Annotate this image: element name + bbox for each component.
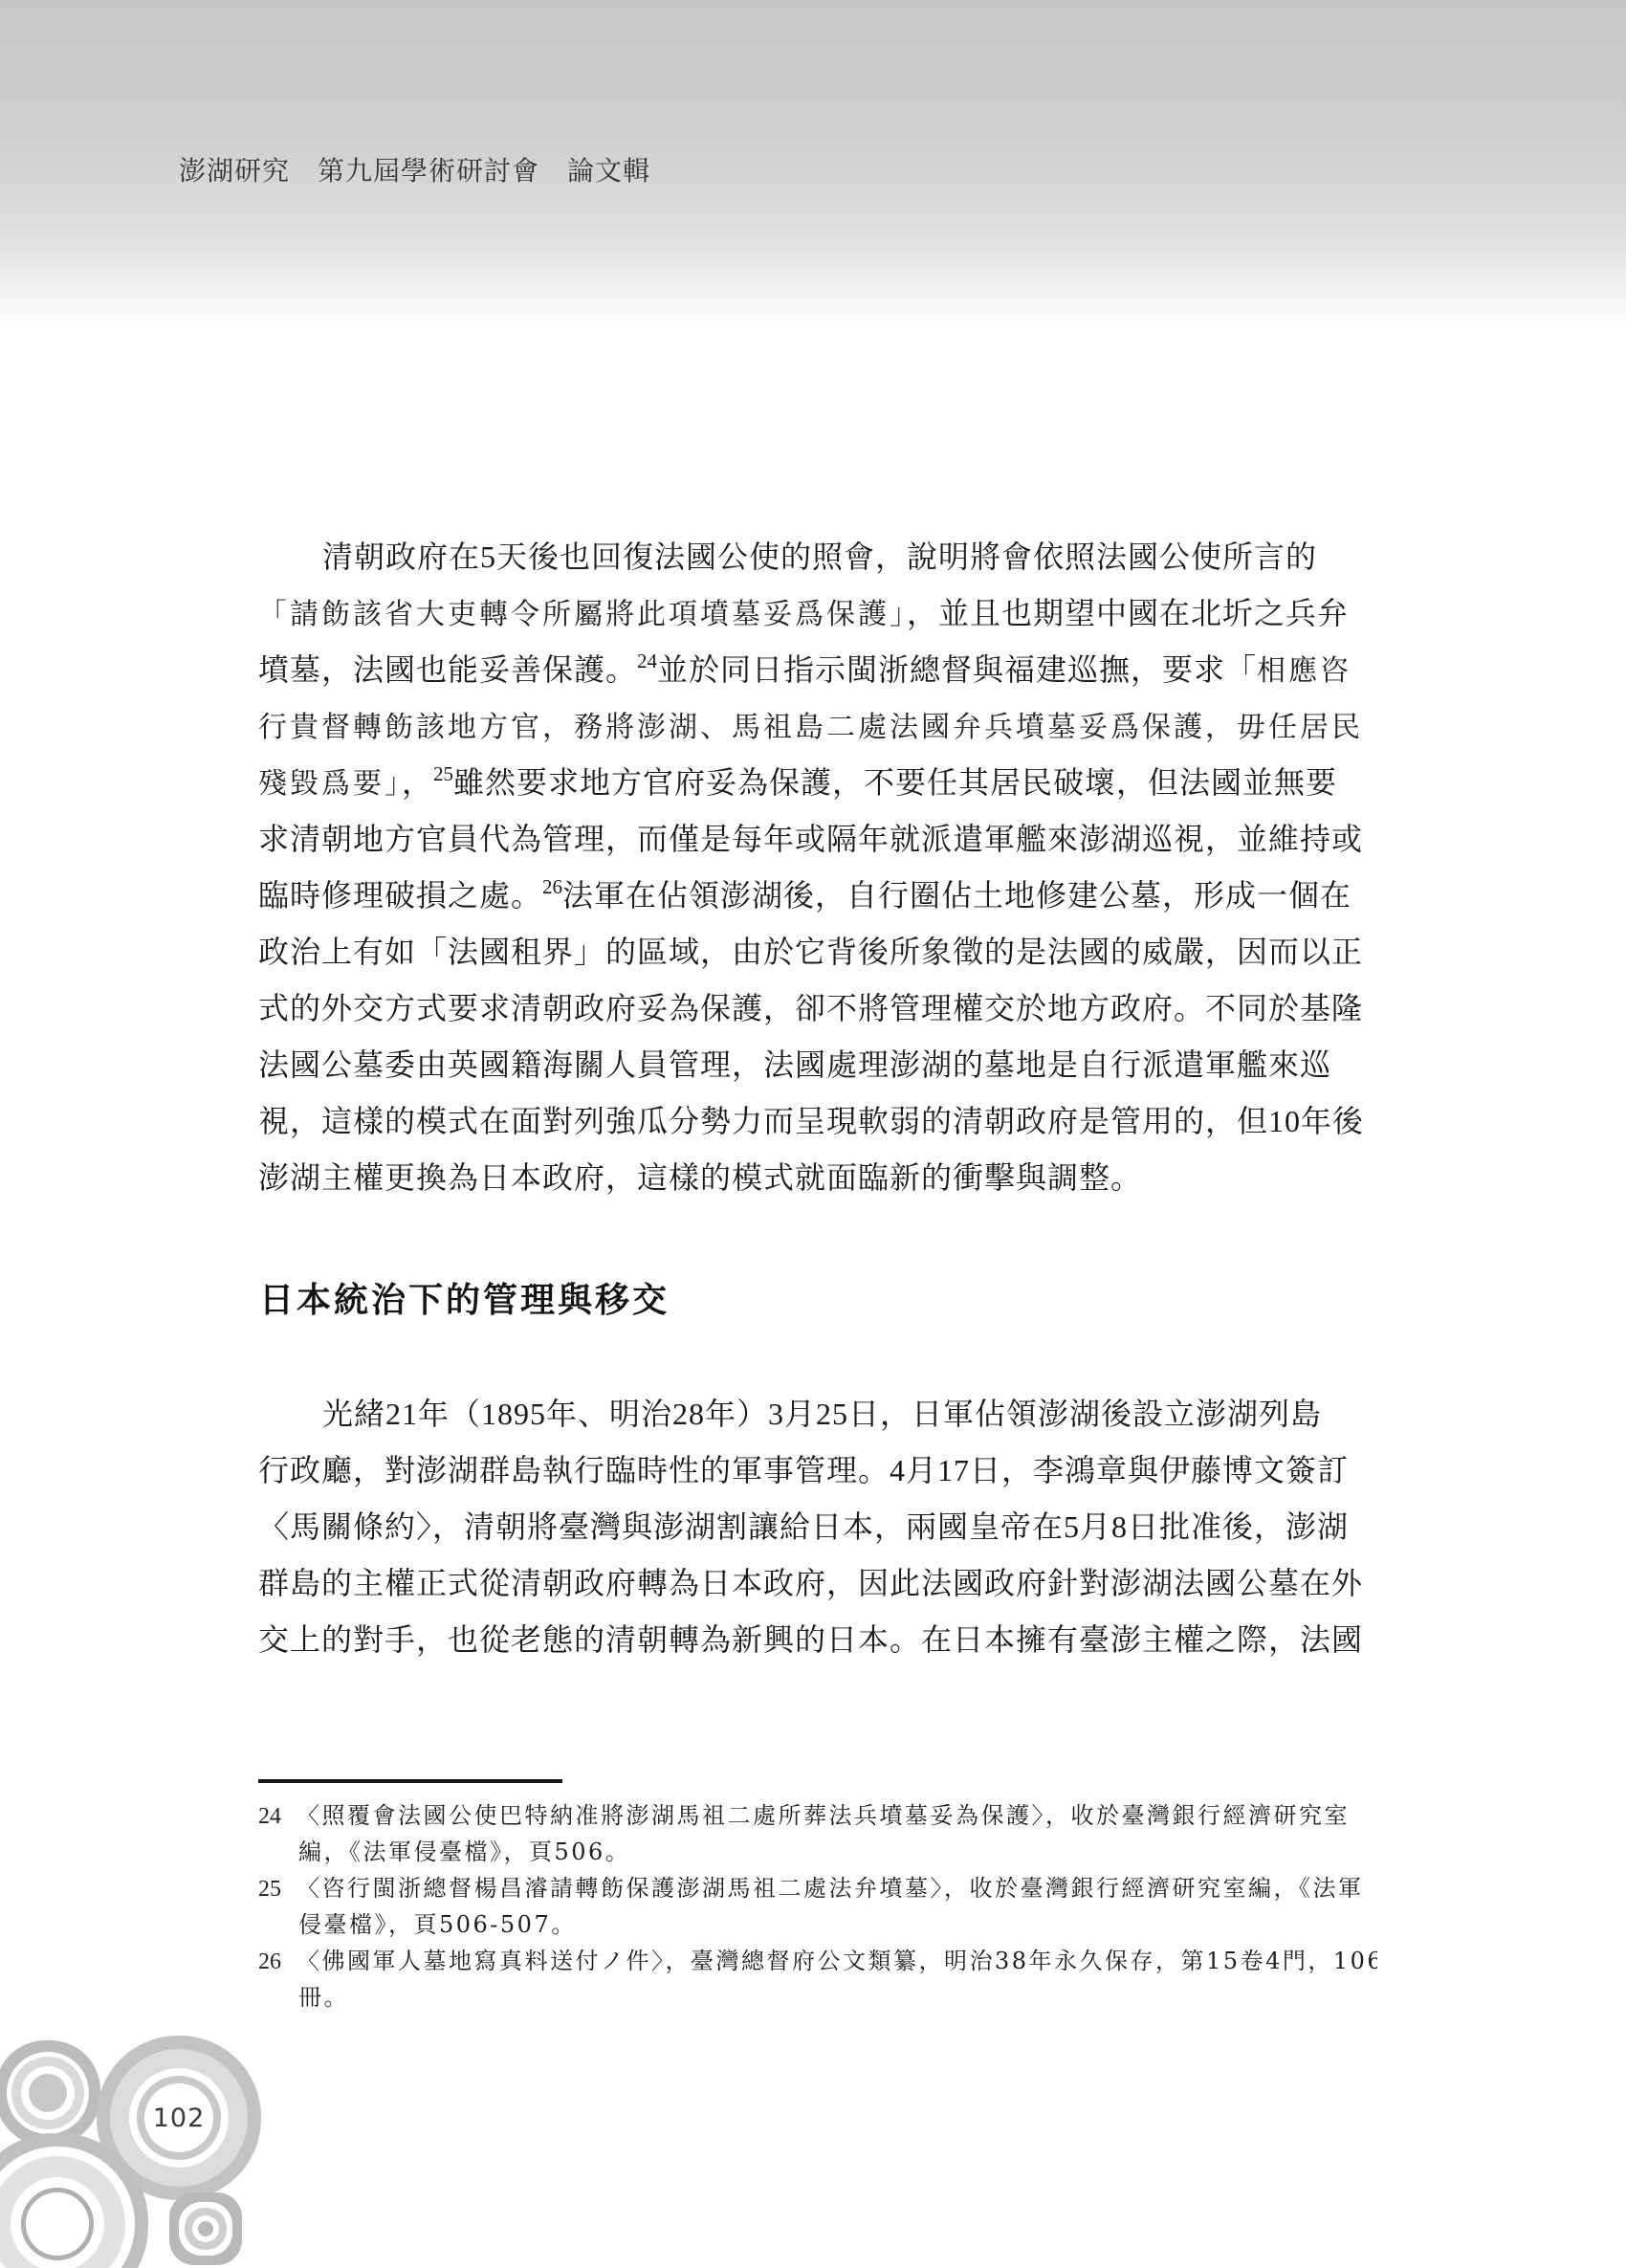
- body-text: 求清朝地方官員代為管理，而僅是每年或隔年就派遣軍艦來澎湖巡視，並維持或: [258, 822, 1363, 856]
- footnote-text: 侵臺檔》，頁506-507。: [298, 1911, 577, 1938]
- footnote-25-line-2: 侵臺檔》，頁506-507。: [298, 1906, 1377, 1943]
- para1-line-10: 法國公墓委由英國籍海關人員管理，法國處理澎湖的墓地是自行派遣軍艦來巡: [258, 1036, 1373, 1093]
- para1-line-8: 政治上有如「法國租界」的區域，由於它背後所象徵的是法國的威嚴，因而以正: [258, 923, 1373, 980]
- body-text: 法國公墓委由英國籍海關人員管理，法國處理澎湖的墓地是自行派遣軍艦來巡: [258, 1047, 1331, 1082]
- body-text: 墳墓，法國也能妥善保護。: [258, 652, 637, 687]
- quote-kai-segment: 「請飭該省大吏轉令所屬將此項墳墓妥爲保護」: [258, 598, 907, 631]
- para1-line-2: 「請飭該省大吏轉令所屬將此項墳墓妥爲保護」，並且也期望中國在北圻之兵弁: [258, 584, 1373, 642]
- footnote-text: 冊。: [298, 1984, 349, 2011]
- body-text: ，並且也期望中國在北圻之兵弁: [907, 596, 1349, 630]
- para1-line-1: 清朝政府在5天後也回復法國公使的照會，說明將會依照法國公使所言的: [322, 528, 1373, 585]
- para2-line-4: 群島的主權正式從清朝政府轉為日本政府，因此法國政府針對澎湖法國公墓在外: [258, 1554, 1373, 1612]
- footnote-number: 24: [258, 1798, 297, 1834]
- body-text: 交上的對手，也從老態的清朝轉為新興的日本。在日本擁有臺澎主權之際，法國: [258, 1622, 1363, 1657]
- body-text: 〈馬關條約〉，清朝將臺灣與澎湖割讓給日本，兩國皇帝在5月8日批准後，澎湖: [258, 1509, 1349, 1544]
- body-text: 雖然要求地方官府妥為保護，不要任其居民破壞，但法國並無要: [453, 765, 1337, 800]
- page-number-circle: 102: [144, 2083, 213, 2152]
- para1-line-12: 澎湖主權更換為日本政府，這樣的模式就面臨新的衝擊與調整。: [258, 1149, 1373, 1206]
- footnote-number: 25: [258, 1871, 297, 1906]
- body-text: 臨時修理破損之處。: [258, 878, 542, 913]
- para1-line-4: 行貴督轉飭該地方官，務將澎湖、馬祖島二處法國弁兵墳墓妥爲保護，毋任居民: [258, 697, 1373, 755]
- para2-line-1: 光緒21年（1895年、明治28年）3月25日，日軍佔領澎湖後設立澎湖列島: [322, 1385, 1373, 1442]
- body-text: 政治上有如「法國租界」的區域，由於它背後所象徵的是法國的威嚴，因而以正: [258, 935, 1363, 969]
- quote-kai-segment: 殘毀爲要」: [258, 767, 402, 801]
- footnote-26-line-2: 冊。: [298, 1979, 1377, 2015]
- footnote-ref-26: 26: [542, 875, 562, 898]
- para1-line-6: 求清朝地方官員代為管理，而僅是每年或隔年就派遣軍艦來澎湖巡視，並維持或: [258, 810, 1373, 868]
- page-number: 102: [153, 2103, 206, 2133]
- scanned-paper-page: 澎湖研究 第九屆學術研討會 論文輯 清朝政府在5天後也回復法國公使的照會，說明將…: [0, 0, 1626, 2268]
- quote-kai-segment: 行貴督轉飭該地方官，務將澎湖、馬祖島二處法國弁兵墳墓妥爲保護，毋任居民: [258, 711, 1363, 744]
- footnote-25-line-1: 25〈咨行閩浙總督楊昌濬請轉飭保護澎湖馬祖二處法弁墳墓〉，收於臺灣銀行經濟研究室…: [258, 1870, 1377, 1906]
- footnote-ref-25: 25: [433, 762, 453, 785]
- footnote-number: 26: [258, 1944, 297, 1979]
- para1-line-3: 墳墓，法國也能妥善保護。24並於同日指示閩浙總督與福建巡撫，要求「相應咨: [258, 641, 1373, 698]
- para1-line-5: 殘毀爲要」，25雖然要求地方官府妥為保護，不要任其居民破壞，但法國並無要: [258, 754, 1373, 811]
- body-text: 清朝政府在5天後也回復法國公使的照會，說明將會依照法國公使所言的: [322, 539, 1317, 574]
- decorative-circle-small-dot: [198, 2221, 213, 2236]
- para2-line-2: 行政廳，對澎湖群島執行臨時性的軍事管理。4月17日，李鴻章與伊藤博文簽訂: [258, 1442, 1373, 1499]
- body-text: 並於同日指示閩浙總督與福建巡撫，要求「: [657, 652, 1257, 687]
- para1-line-9: 式的外交方式要求清朝政府妥為保護，卻不將管理權交於地方政府。不同於基隆: [258, 980, 1373, 1037]
- footnote-24-line-1: 24〈照覆會法國公使巴特納准將澎湖馬祖二處所葬法兵墳墓妥為保護〉，收於臺灣銀行經…: [258, 1797, 1377, 1834]
- footnote-ref-24: 24: [637, 650, 657, 672]
- para1-line-7: 臨時修理破損之處。26法軍在佔領澎湖後，自行圈佔土地修建公墓，形成一個在: [258, 867, 1373, 924]
- footnote-separator-rule: [258, 1779, 562, 1783]
- decorative-circle-bottom-left: [21, 2188, 94, 2260]
- footnote-text: 〈佛國軍人墓地寫真料送付ノ件〉，臺灣總督府公文類纂，明治38年永久保存，第15卷…: [297, 1948, 1377, 1974]
- body-text: ，: [402, 765, 433, 800]
- body-text: 式的外交方式要求清朝政府妥為保護，卻不將管理權交於地方政府。不同於基隆: [258, 991, 1363, 1025]
- body-text: 群島的主權正式從清朝政府轉為日本政府，因此法國政府針對澎湖法國公墓在外: [258, 1566, 1363, 1600]
- footnote-24-line-2: 編，《法軍侵臺檔》，頁506。: [298, 1834, 1377, 1870]
- running-header-title: 澎湖研究 第九屆學術研討會 論文輯: [179, 153, 1040, 191]
- footnote-text: 編，《法軍侵臺檔》，頁506。: [298, 1839, 630, 1865]
- body-text: 法軍在佔領澎湖後，自行圈佔土地修建公墓，形成一個在: [562, 878, 1351, 913]
- body-text: 澎湖主權更換為日本政府，這樣的模式就面臨新的衝擊與調整。: [258, 1160, 1142, 1195]
- body-text: 視，這樣的模式在面對列強瓜分勢力而呈現軟弱的清朝政府是管用的，但10年後: [258, 1104, 1364, 1138]
- para2-line-5: 交上的對手，也從老態的清朝轉為新興的日本。在日本擁有臺澎主權之際，法國: [258, 1611, 1373, 1668]
- para1-line-11: 視，這樣的模式在面對列強瓜分勢力而呈現軟弱的清朝政府是管用的，但10年後: [258, 1092, 1373, 1150]
- quote-kai-segment: 相應咨: [1257, 654, 1351, 688]
- body-text: 光緒21年（1895年、明治28年）3月25日，日軍佔領澎湖後設立澎湖列島: [322, 1397, 1322, 1431]
- para2-line-3: 〈馬關條約〉，清朝將臺灣與澎湖割讓給日本，兩國皇帝在5月8日批准後，澎湖: [258, 1498, 1373, 1555]
- footnote-text: 〈咨行閩浙總督楊昌濬請轉飭保護澎湖馬祖二處法弁墳墓〉，收於臺灣銀行經濟研究室編，…: [297, 1875, 1364, 1902]
- section-heading: 日本統治下的管理與移交: [259, 1272, 1120, 1330]
- decorative-circle-top-left: [29, 2074, 67, 2112]
- footnote-26-line-1: 26〈佛國軍人墓地寫真料送付ノ件〉，臺灣總督府公文類纂，明治38年永久保存，第1…: [258, 1943, 1377, 1979]
- body-text: 行政廳，對澎湖群島執行臨時性的軍事管理。4月17日，李鴻章與伊藤博文簽訂: [258, 1453, 1349, 1487]
- footnote-text: 〈照覆會法國公使巴特納准將澎湖馬祖二處所葬法兵墳墓妥為保護〉，收於臺灣銀行經濟研…: [297, 1802, 1350, 1829]
